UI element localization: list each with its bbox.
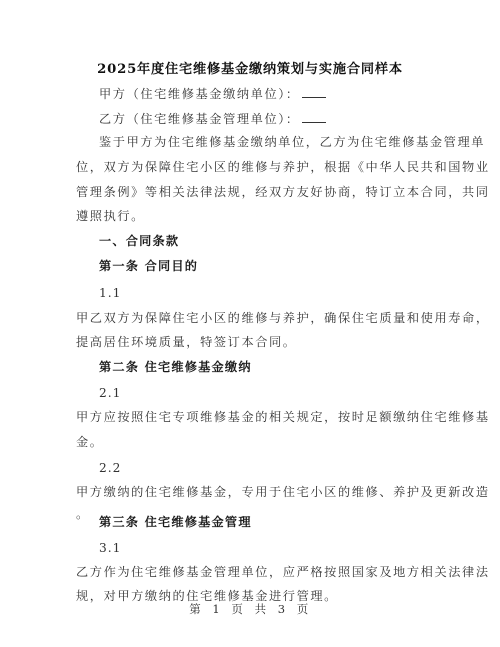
- party-b-line: 乙方（住宅维修基金管理单位）：: [99, 111, 451, 127]
- section-heading: 一、合同条款: [99, 233, 451, 249]
- page-footer: 第 1 页 共 3 页: [0, 601, 500, 617]
- clause-3-1-number: 3.1: [99, 540, 451, 556]
- party-b-label: 乙方（住宅维修基金管理单位）：: [99, 112, 300, 126]
- clause-2-1-text: 金。: [76, 434, 428, 450]
- party-b-blank: [302, 111, 326, 123]
- preamble-line: 遵照执行。: [76, 208, 428, 224]
- preamble-line: 位，双方为保障住宅小区的维修与养护，根据《中华人民共和国物业: [76, 159, 428, 175]
- document-title: 2025年度住宅维修基金缴纳策划与实施合同样本: [0, 62, 500, 78]
- party-a-label: 甲方（住宅维修基金缴纳单位）：: [99, 87, 300, 101]
- clause-1-1-text: 甲乙双方为保障住宅小区的维修与养护，确保住宅质量和使用寿命，: [76, 310, 428, 326]
- article-3-heading: 第三条 住宅维修基金管理: [99, 514, 451, 530]
- preamble-line: 鉴于甲方为住宅维修基金缴纳单位，乙方为住宅维修基金管理单: [99, 134, 451, 150]
- preamble-line: 管理条例》等相关法律法规，经双方友好协商，特订立本合同，共同: [76, 184, 428, 200]
- clause-2-2-number: 2.2: [99, 460, 451, 476]
- article-2-heading: 第二条 住宅维修基金缴纳: [99, 359, 451, 375]
- clause-2-2-text: 甲方缴纳的住宅维修基金，专用于住宅小区的维修、养护及更新改造: [76, 484, 428, 500]
- party-a-blank: [302, 86, 326, 98]
- article-1-heading: 第一条 合同目的: [99, 258, 451, 274]
- clause-2-1-number: 2.1: [99, 385, 451, 401]
- clause-2-1-text: 甲方应按照住宅专项维修基金的相关规定，按时足额缴纳住宅维修基: [76, 409, 428, 425]
- clause-1-1-number: 1.1: [99, 285, 451, 301]
- clause-3-1-text: 乙方作为住宅维修基金管理单位，应严格按照国家及地方相关法律法: [76, 564, 428, 580]
- clause-1-1-text: 提高居住环境质量，特签订本合同。: [76, 334, 428, 350]
- party-a-line: 甲方（住宅维修基金缴纳单位）：: [99, 86, 451, 102]
- document-page: 2025年度住宅维修基金缴纳策划与实施合同样本 甲方（住宅维修基金缴纳单位）： …: [0, 0, 500, 647]
